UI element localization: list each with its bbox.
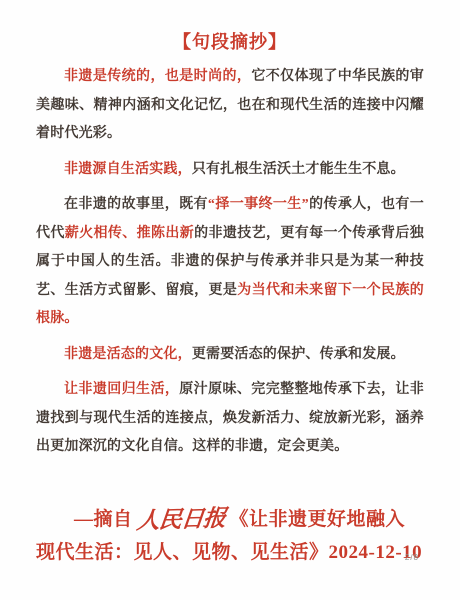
peoples-daily-logo: 人民日报 bbox=[135, 506, 226, 532]
body-text: 更需要活态的保护、传承和发展。 bbox=[192, 347, 405, 362]
excerpt-paragraph: 非遗源自生活实践，只有扎根生活沃土才能生生不息。 bbox=[36, 156, 424, 185]
attribution-line: —摘自人民日报《让非遗更好地融入现代生活：见人、见物、见生活》2024-12-1… bbox=[36, 503, 424, 569]
highlighted-text: “择一事终一生” bbox=[208, 197, 309, 212]
body-text: 在非遗的故事里，既有 bbox=[64, 197, 208, 212]
document-page: 【句段摘抄】 非遗是传统的，也是时尚的，它不仅体现了中华民族的审美趣味、精神内涵… bbox=[0, 0, 460, 600]
excerpt-paragraph: 非遗是活态的文化，更需要活态的保护、传承和发展。 bbox=[36, 341, 424, 370]
highlighted-text: 非遗是活态的文化， bbox=[64, 347, 192, 362]
highlighted-text: 非遗是传统的，也是时尚的， bbox=[64, 69, 251, 84]
page-number: 2/8 bbox=[405, 553, 419, 562]
excerpt-paragraph: 让非遗回归生活，原汁原味、完完整整地传承下去，让非遗找到与现代生活的连接点，焕发… bbox=[36, 376, 424, 462]
highlighted-text: 让非遗回归生活， bbox=[64, 382, 179, 397]
attribution-prefix: —摘自 bbox=[74, 509, 133, 530]
excerpt-paragraph: 在非遗的故事里，既有“择一事终一生”的传承人，也有一代代薪火相传、推陈出新的非遗… bbox=[36, 191, 424, 334]
excerpt-paragraphs: 非遗是传统的，也是时尚的，它不仅体现了中华民族的审美趣味、精神内涵和文化记忆，也… bbox=[36, 63, 424, 462]
excerpt-paragraph: 非遗是传统的，也是时尚的，它不仅体现了中华民族的审美趣味、精神内涵和文化记忆，也… bbox=[36, 63, 424, 149]
page-title: 【句段摘抄】 bbox=[36, 31, 424, 53]
highlighted-text: 非遗源自生活实践， bbox=[64, 162, 192, 177]
page-content-area: 【句段摘抄】 非遗是传统的，也是时尚的，它不仅体现了中华民族的审美趣味、精神内涵… bbox=[0, 0, 460, 569]
highlighted-text: 薪火相传、推陈出新 bbox=[65, 226, 194, 241]
body-text: 只有扎根生活沃土才能生生不息。 bbox=[192, 162, 405, 177]
